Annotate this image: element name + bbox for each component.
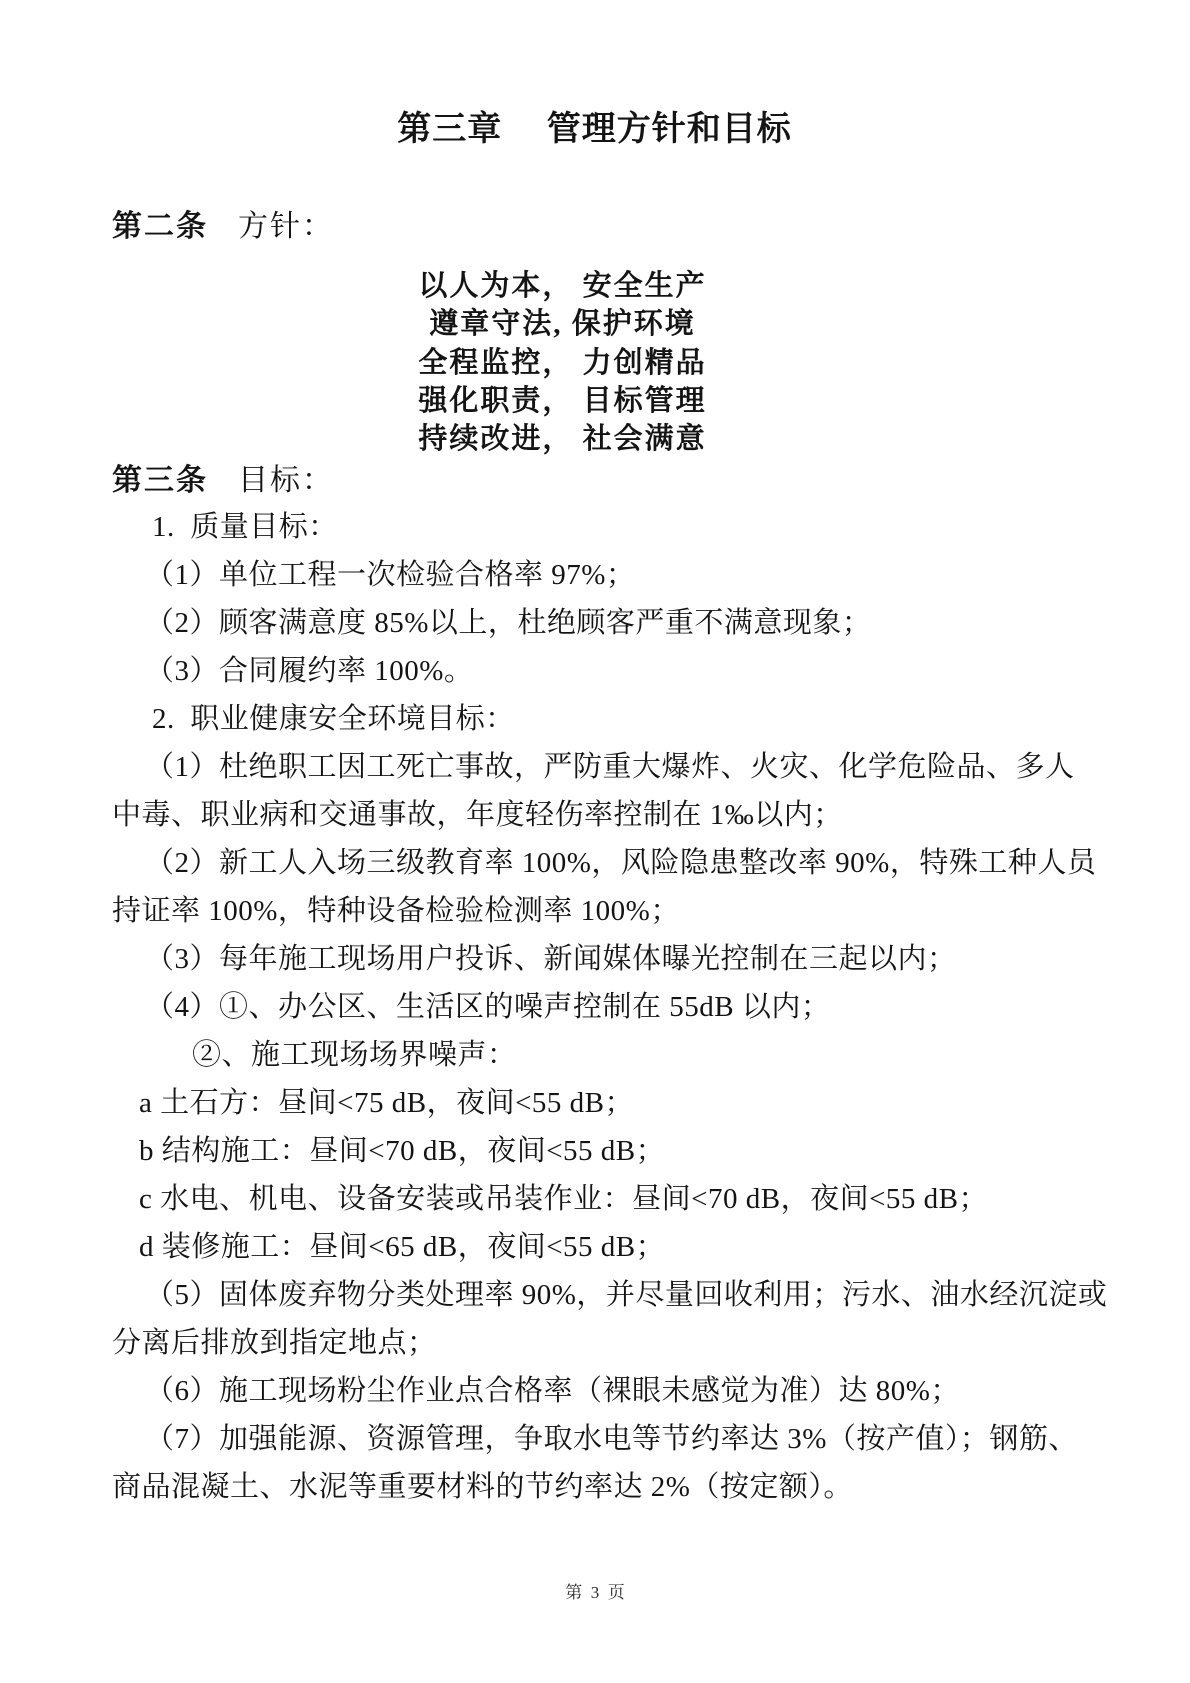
- body-line: a 土石方：昼间<75 dB，夜间<55 dB；: [139, 1079, 1077, 1127]
- body-line: （4）①、办公区、生活区的噪声控制在 55dB 以内；: [145, 983, 1077, 1031]
- body-line: 2. 职业健康安全环境目标：: [152, 695, 1077, 743]
- body-line: 商品混凝土、水泥等重要材料的节约率达 2%（按定额）。: [112, 1463, 1077, 1511]
- policy-line: 持续改进， 社会满意: [80, 420, 1045, 458]
- policy-line: 以人为本， 安全生产: [80, 267, 1045, 305]
- article-policy-text: 方针：: [238, 209, 334, 245]
- body-line: （2）新工人入场三级教育率 100%，风险隐患整改率 90%，特殊工种人员: [145, 839, 1077, 887]
- chapter-title: 第三章 管理方针和目标: [112, 106, 1077, 154]
- policy-line: 遵章守法, 保护环境: [80, 305, 1045, 343]
- body-line: 分离后排放到指定地点；: [112, 1319, 1077, 1367]
- body-line: （1）杜绝职工因工死亡事故，严防重大爆炸、火灾、化学危险品、多人: [145, 743, 1077, 791]
- body-line: 中毒、职业病和交通事故，年度轻伤率控制在 1‰以内；: [112, 791, 1077, 839]
- body-line: （7）加强能源、资源管理，争取水电等节约率达 3%（按产值）；钢筋、: [145, 1415, 1077, 1463]
- body-line: 持证率 100%，特种设备检验检测率 100%；: [112, 887, 1077, 935]
- page-number: 第 3 页: [0, 1578, 1190, 1603]
- body-line: （1）单位工程一次检验合格率 97%；: [145, 551, 1077, 599]
- policy-line: 全程监控， 力创精品: [80, 344, 1045, 382]
- goal-paragraphs: 1. 质量目标：（1）单位工程一次检验合格率 97%；（2）顾客满意度 85%以…: [112, 503, 1077, 1511]
- body-line: （5）固体废弃物分类处理率 90%，并尽量回收利用；污水、油水经沉淀或: [145, 1271, 1077, 1319]
- article-goal-row: 第三条 目标：: [112, 463, 1077, 499]
- body-line: （3）每年施工现场用户投诉、新闻媒体曝光控制在三起以内；: [145, 935, 1077, 983]
- body-line: d 装修施工：昼间<65 dB，夜间<55 dB；: [139, 1223, 1077, 1271]
- body-line: 1. 质量目标：: [152, 503, 1077, 551]
- body-line: c 水电、机电、设备安装或吊装作业：昼间<70 dB，夜间<55 dB；: [139, 1175, 1077, 1223]
- body-line: （6）施工现场粉尘作业点合格率（裸眼未感觉为准）达 80%；: [145, 1367, 1077, 1415]
- document-page: 第三章 管理方针和目标 第二条 方针： 以人为本， 安全生产遵章守法, 保护环境…: [0, 0, 1190, 1683]
- body-line: ②、施工现场场界噪声：: [192, 1031, 1077, 1079]
- policy-line: 强化职责， 目标管理: [80, 382, 1045, 420]
- body-line: （3）合同履约率 100%。: [145, 647, 1077, 695]
- article-goal-text: 目标：: [238, 463, 334, 499]
- article-policy-label: 第二条: [112, 209, 208, 245]
- policy-statement-block: 以人为本， 安全生产遵章守法, 保护环境全程监控， 力创精品强化职责， 目标管理…: [80, 267, 1045, 458]
- article-policy-row: 第二条 方针：: [112, 209, 1077, 245]
- body-line: （2）顾客满意度 85%以上，杜绝顾客严重不满意现象；: [145, 599, 1077, 647]
- article-goal-label: 第三条: [112, 463, 208, 499]
- body-line: b 结构施工：昼间<70 dB，夜间<55 dB；: [139, 1127, 1077, 1175]
